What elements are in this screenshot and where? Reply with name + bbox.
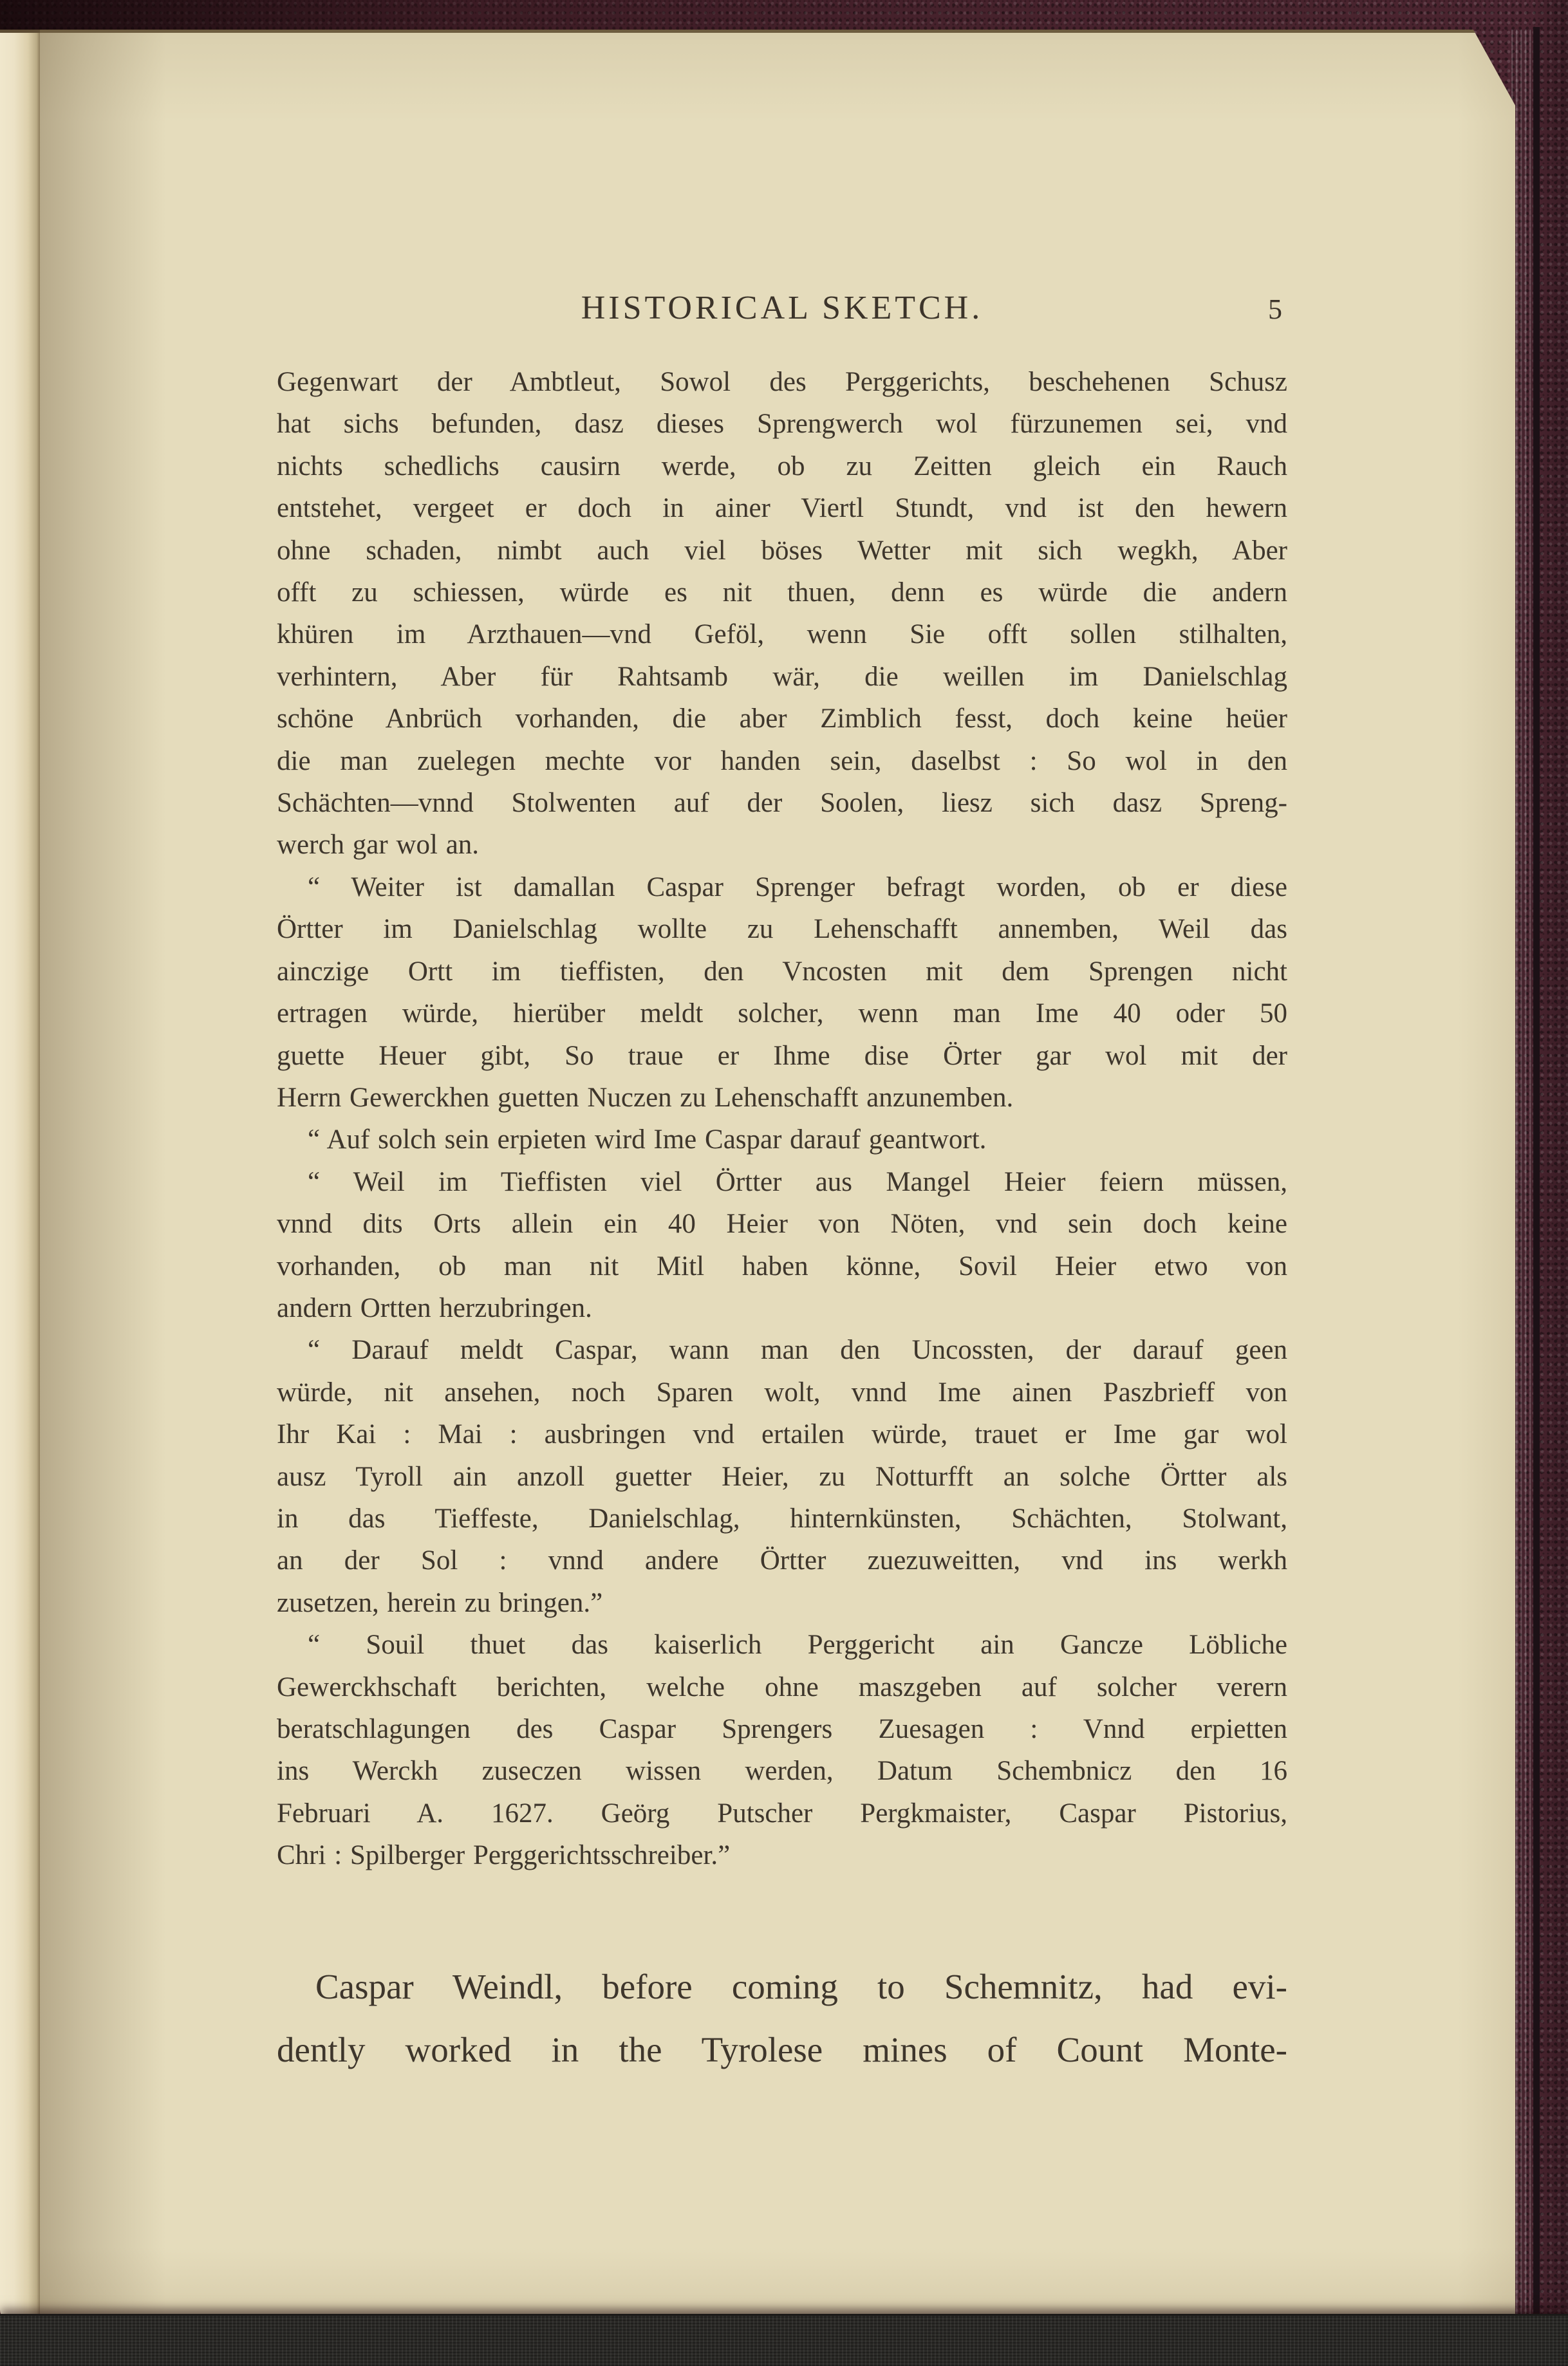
text-line: beratschlagungen des Caspar Sprengers Zu… bbox=[277, 1708, 1287, 1750]
paragraph: “ Souil thuet das kaiserlich Perggericht… bbox=[277, 1624, 1287, 1876]
text-line: die man zuelegen mechte vor handen sein,… bbox=[277, 740, 1287, 782]
text-line: guette Heuer gibt, So traue er Ihme dise… bbox=[277, 1035, 1287, 1077]
text-line: Örtter im Danielschlag wollte zu Lehensc… bbox=[277, 908, 1287, 950]
text-line: Gegenwart der Ambtleut, Sowol des Pergge… bbox=[277, 361, 1287, 403]
gutter-shadow bbox=[18, 33, 166, 2324]
paragraph: “ Darauf meldt Caspar, wann man den Unco… bbox=[277, 1329, 1287, 1624]
text-line: werch gar wol an. bbox=[277, 824, 1287, 866]
page-number: 5 bbox=[1268, 293, 1282, 326]
text-line: “ Souil thuet das kaiserlich Perggericht… bbox=[277, 1624, 1287, 1666]
text-line: in das Tieffeste, Danielschlag, hinternk… bbox=[277, 1498, 1287, 1540]
text-line: an der Sol : vnnd andere Örtter zuezuwei… bbox=[277, 1540, 1287, 1581]
text-line: entstehet, vergeet er doch in ainer Vier… bbox=[277, 487, 1287, 529]
text-line: dently worked in the Tyrolese mines of C… bbox=[277, 2018, 1287, 2082]
text-line: hat sichs befunden, dasz dieses Sprengwe… bbox=[277, 403, 1287, 445]
cover-gap-shadow bbox=[1533, 27, 1540, 2318]
text-line: zusetzen, herein zu bringen.” bbox=[277, 1582, 1287, 1624]
paragraph: “ Weil im Tieffisten viel Örtter aus Man… bbox=[277, 1161, 1287, 1330]
text-line: Ihr Kai : Mai : ausbringen vnd ertailen … bbox=[277, 1413, 1287, 1455]
page-stack-left bbox=[0, 30, 40, 2322]
text-line: ins Werckh zuseczen wissen werden, Datum… bbox=[277, 1750, 1287, 1792]
paragraph: Caspar Weindl, before coming to Schemnit… bbox=[277, 1955, 1287, 2082]
text-line: “ Darauf meldt Caspar, wann man den Unco… bbox=[277, 1329, 1287, 1371]
text-line: Caspar Weindl, before coming to Schemnit… bbox=[277, 1955, 1287, 2018]
text-line: ainczige Ortt im tieffisten, den Vncoste… bbox=[277, 951, 1287, 992]
text-line: Gewerckhschaft berichten, welche ohne ma… bbox=[277, 1666, 1287, 1708]
text-line: offt zu schiessen, würde es nit thuen, d… bbox=[277, 572, 1287, 613]
text-line: andern Ortten herzubringen. bbox=[277, 1287, 1287, 1329]
paragraph: “ Weiter ist damallan Caspar Sprenger be… bbox=[277, 866, 1287, 1119]
text-line: schöne Anbrüch vorhanden, die aber Zimbl… bbox=[277, 698, 1287, 740]
text-line: ertragen würde, hierüber meldt solcher, … bbox=[277, 992, 1287, 1034]
text-line: nichts schedlichs causirn werde, ob zu Z… bbox=[277, 445, 1287, 487]
book-page: HISTORICAL SKETCH. 5 Gegenwart der Ambtl… bbox=[18, 30, 1515, 2327]
body-text: Gegenwart der Ambtleut, Sowol des Pergge… bbox=[277, 361, 1287, 2082]
text-line: ohne schaden, nimbt auch viel böses Wett… bbox=[277, 530, 1287, 572]
text-line: würde, nit ansehen, noch Sparen wolt, vn… bbox=[277, 1372, 1287, 1413]
paragraph: “ Auf solch sein erpieten wird Ime Caspa… bbox=[277, 1119, 1287, 1160]
running-title: HISTORICAL SKETCH. bbox=[277, 289, 1287, 327]
cloth-bottom-band bbox=[0, 2314, 1568, 2366]
text-line: Schächten—vnnd Stolwenten auf der Soolen… bbox=[277, 782, 1287, 824]
text-line: vnnd dits Orts allein ein 40 Heier von N… bbox=[277, 1203, 1287, 1245]
text-line: khüren im Arzthauen—vnd Geföl, wenn Sie … bbox=[277, 613, 1287, 655]
paragraph: Gegenwart der Ambtleut, Sowol des Pergge… bbox=[277, 361, 1287, 866]
text-line: Februari A. 1627. Geörg Putscher Pergkma… bbox=[277, 1793, 1287, 1834]
text-line: “ Weil im Tieffisten viel Örtter aus Man… bbox=[277, 1161, 1287, 1203]
text-line: Herrn Gewerckhen guetten Nuczen zu Lehen… bbox=[277, 1077, 1287, 1119]
text-line: verhintern, Aber für Rahtsamb wär, die w… bbox=[277, 656, 1287, 698]
book-photo: HISTORICAL SKETCH. 5 Gegenwart der Ambtl… bbox=[0, 0, 1568, 2366]
text-line: “ Weiter ist damallan Caspar Sprenger be… bbox=[277, 866, 1287, 908]
text-line: “ Auf solch sein erpieten wird Ime Caspa… bbox=[277, 1119, 1287, 1160]
text-line: ausz Tyroll ain anzoll guetter Heier, zu… bbox=[277, 1456, 1287, 1498]
text-line: vorhanden, ob man nit Mitl haben könne, … bbox=[277, 1245, 1287, 1287]
text-line: Chri : Spilberger Perggerichtsschreiber.… bbox=[277, 1834, 1287, 1876]
